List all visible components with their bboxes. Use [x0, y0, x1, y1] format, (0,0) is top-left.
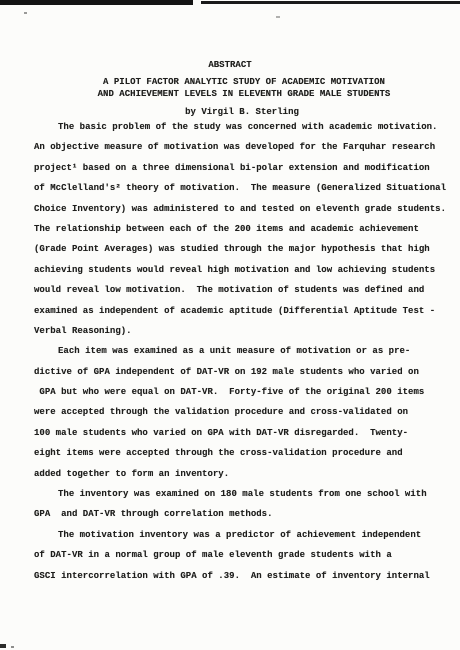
body-line: 100 male students who varied on GPA with… [34, 423, 446, 443]
body-line: The basic problem of the study was conce… [34, 117, 446, 137]
scan-speck [24, 12, 27, 14]
author-byline: by Virgil B. Sterling [12, 107, 460, 117]
body-line: were accepted through the validation pro… [34, 402, 446, 422]
body-line: GSCI intercorrelation with GPA of .39. A… [34, 566, 446, 586]
body-line: Choice Inventory) was administered to an… [34, 199, 446, 219]
body-line: added together to form an inventory. [34, 464, 446, 484]
scan-corner-mark [0, 644, 6, 648]
document-title-line-1: A PILOT FACTOR ANALYTIC STUDY OF ACADEMI… [14, 77, 460, 89]
body-line: eight items were accepted through the cr… [34, 443, 446, 463]
body-line: project¹ based on a three dimensional bi… [34, 158, 446, 178]
body-line: (Grade Point Averages) was studied throu… [34, 239, 446, 259]
abstract-heading: ABSTRACT [0, 60, 460, 70]
scanned-abstract-page: ABSTRACT A PILOT FACTOR ANALYTIC STUDY O… [0, 0, 460, 650]
body-line: The motivation inventory was a predictor… [34, 525, 446, 545]
abstract-body: The basic problem of the study was conce… [34, 117, 446, 586]
body-line: of DAT-VR in a normal group of male elev… [34, 545, 446, 565]
body-line: GPA and DAT-VR through correlation metho… [34, 504, 446, 524]
body-line: The relationship between each of the 200… [34, 219, 446, 239]
body-line: The inventory was examined on 180 male s… [34, 484, 446, 504]
body-line: achieving students would reveal high mot… [34, 260, 446, 280]
scan-edge-bar-left [0, 0, 193, 5]
body-line: dictive of GPA independent of DAT-VR on … [34, 362, 446, 382]
scan-corner-mark [11, 646, 14, 648]
body-line: GPA but who were equal on DAT-VR. Forty-… [34, 382, 446, 402]
body-line: Verbal Reasoning). [34, 321, 446, 341]
body-line: An objective measure of motivation was d… [34, 137, 446, 157]
body-line: would reveal low motivation. The motivat… [34, 280, 446, 300]
scan-edge-bar-right [201, 1, 460, 4]
body-line: examined as independent of academic apti… [34, 301, 446, 321]
document-title: A PILOT FACTOR ANALYTIC STUDY OF ACADEMI… [14, 77, 460, 100]
scan-speck [276, 16, 280, 18]
body-line: of McClelland's² theory of motivation. T… [34, 178, 446, 198]
document-title-line-2: AND ACHIEVEMENT LEVELS IN ELEVENTH GRADE… [14, 89, 460, 101]
body-line: Each item was examined as a unit measure… [34, 341, 446, 361]
